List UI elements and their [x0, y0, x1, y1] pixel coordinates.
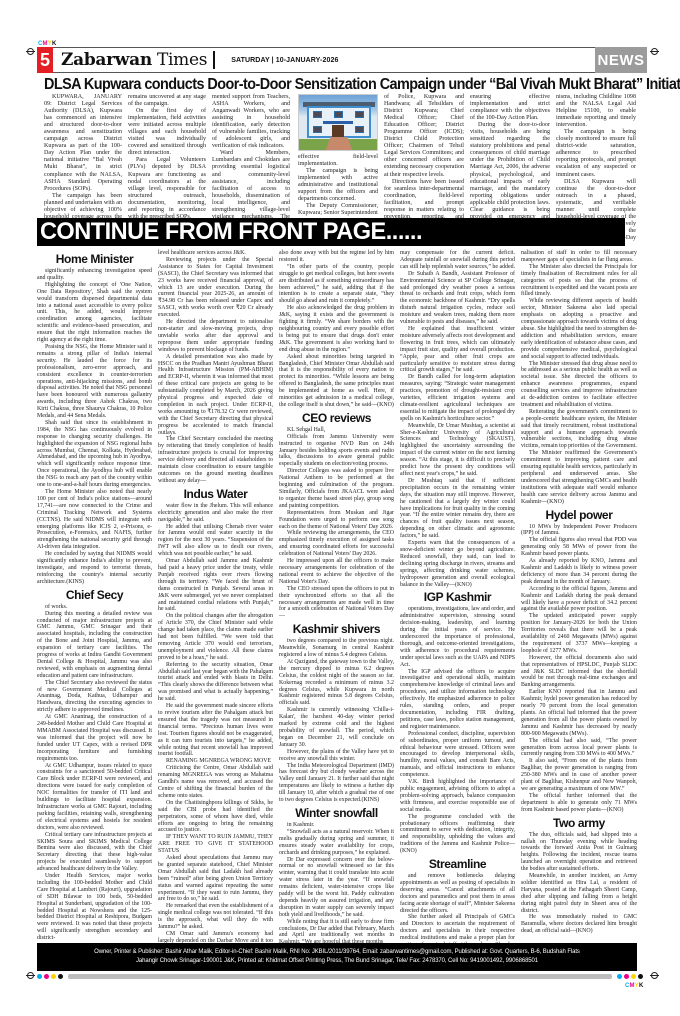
registration-mark-icon: [27, 48, 34, 55]
page-number: 5: [37, 47, 53, 73]
main-headline: DLSA Kupwara conducts Door-to-Door Sensi…: [44, 76, 602, 94]
lower-column-5: nalisation of staff in order to fill nec…: [521, 250, 637, 935]
registration-mark-icon: [651, 972, 658, 979]
subhead-chief-secy: Chief Secy: [37, 587, 152, 603]
lower-column-2: level healthcare services across J&K. Re…: [158, 250, 273, 952]
imprint-line-1: Owner, Printer & Publisher: Bashir Athar…: [37, 948, 637, 957]
lower-column-4: may compensate for the current deficit. …: [400, 250, 515, 956]
subhead-ceo-reviews: CEO reviews: [279, 410, 394, 426]
masthead-divider: [213, 51, 215, 69]
subhead-indus-water: Indus Water: [158, 486, 273, 502]
subhead-kashmir-shivers: Kashmir shivers: [279, 621, 394, 637]
subhead-two-army: Two army: [521, 815, 637, 831]
black-swatch: [58, 974, 63, 979]
masthead: 5 Zabarwan Times SATURDAY | 10-JANUARY-2…: [37, 47, 647, 73]
cmyk-label-bottom: CMYK: [625, 983, 644, 989]
cyan-swatch: [617, 974, 622, 979]
story-photo: [298, 94, 378, 151]
top-story-column-5: of Police, Kupwara and Handwara; all Teh…: [384, 94, 464, 235]
section-tag: NEWS: [595, 47, 647, 73]
registration-mark-icon: [27, 972, 34, 979]
inline-caps-heading: RENAMING MGNREGA WRONG MOVE: [158, 758, 273, 765]
gray-scale-bar: [68, 974, 612, 979]
subhead-igp-kashmir: IGP Kashmir: [400, 589, 515, 605]
top-story-column-4: effective field-level implementation. Th…: [298, 154, 378, 217]
magenta-swatch: [44, 974, 49, 979]
continued-stories: Home Minister significantly enhancing in…: [37, 250, 637, 930]
top-story-column-6: ensuring effective implementation and st…: [470, 94, 550, 228]
imprint-footer: Owner, Printer & Publisher: Bashir Athar…: [37, 943, 637, 971]
registration-mark-icon: [651, 48, 658, 55]
continue-from-front-page-banner: CONTINUE FROM FRONT PAGE......: [37, 218, 625, 246]
yellow-swatch: [51, 974, 56, 979]
top-story: KUPWARA, JANUARY 09: District Legal Serv…: [44, 94, 644, 236]
subhead-streamline: Streamline: [400, 856, 515, 872]
subhead-winter-snowfall: Winter snowfall: [279, 805, 394, 821]
yellow-swatch: [631, 974, 636, 979]
top-story-column-2: remains uncovered at any stage of the ca…: [128, 94, 206, 235]
subhead-hydel-power: Hydel power: [521, 507, 637, 523]
color-calibration-strip: [37, 972, 643, 980]
black-swatch: [638, 974, 643, 979]
newspaper-name: Zabarwan Times: [61, 50, 207, 70]
subhead-home-minister: Home Minister: [37, 251, 152, 267]
lower-column-1: Home Minister significantly enhancing in…: [37, 250, 152, 942]
lower-column-3: also done away with but the regime led b…: [279, 250, 394, 946]
imprint-line-2: Jahangir Chowk Srinagar-190001 J&K, Prin…: [37, 957, 637, 966]
dateline: SATURDAY | 10-JANUARY-2026: [231, 57, 338, 64]
inline-caps-heading: IF THEY WANT TO RUIN JAMMU, THEY ARE FRE…: [158, 834, 273, 855]
cyan-swatch: [37, 974, 42, 979]
magenta-swatch: [624, 974, 629, 979]
